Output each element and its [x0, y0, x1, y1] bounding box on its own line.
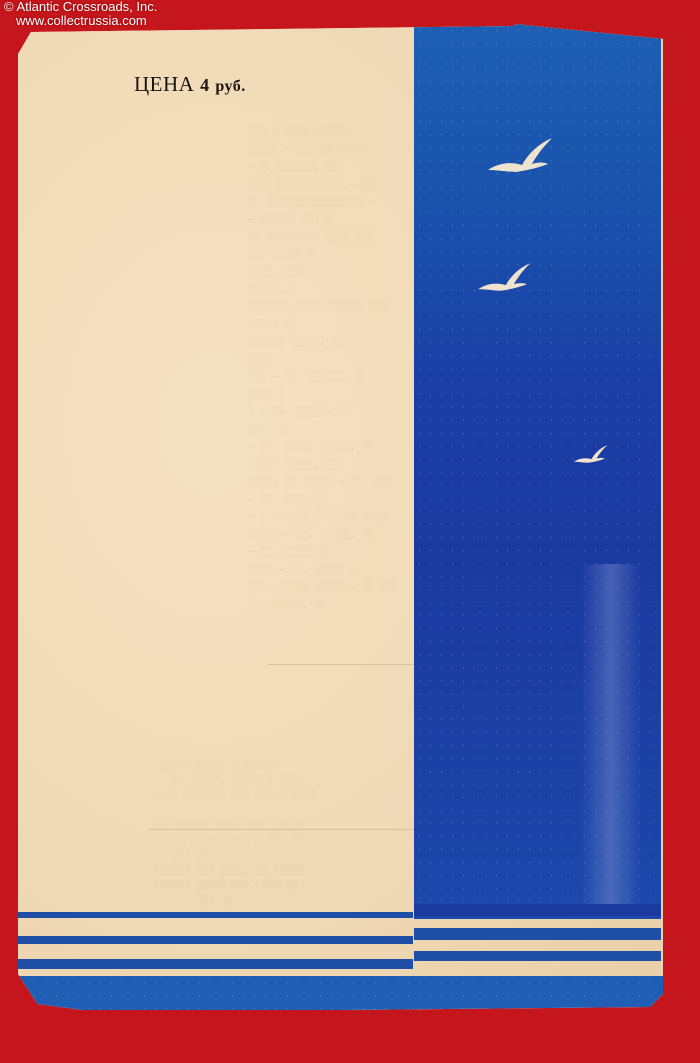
price-label: ЦЕНА 4 руб.: [134, 72, 246, 97]
stripe-right-2: [414, 951, 661, 961]
ink-speckle-bottom: [18, 976, 663, 1036]
booklet-back-cover: ЦЕНА 4 руб. ░░░ ░ ░░░░ ░░░░░░ ░░░░░ — ░░…: [18, 24, 663, 1024]
seagull-icon: [573, 442, 609, 466]
bleed-through-rule-2: [148, 829, 428, 830]
price-word: ЦЕНА: [134, 72, 194, 96]
watermark-url: www.collectrussia.com: [4, 14, 157, 28]
bottom-blue-band: [18, 976, 663, 1036]
stripe-left-3: [18, 959, 413, 969]
price-number: 4: [200, 75, 210, 95]
stripe-right-top: [414, 904, 661, 916]
watermark-copyright: © Atlantic Crossroads, Inc.: [4, 0, 157, 14]
bleed-through-text-bottom: ░░░░░ ░░░░░ ░ ░░░░░░ ░. ░░░░░, ░░░░░ ░ ░…: [148, 759, 428, 909]
stripe-left-1: [18, 912, 413, 918]
seagull-icon: [486, 134, 556, 176]
stripe-right-1: [414, 928, 661, 940]
watermark: © Atlantic Crossroads, Inc. www.collectr…: [4, 0, 157, 28]
seagull-icon: [476, 260, 534, 294]
right-paper-margin: [661, 24, 683, 1024]
bleed-through-text-top: ░░░ ░ ░░░░ ░░░░░░ ░░░░░ — ░░░ ░░ ░░░░░ —…: [248, 124, 428, 614]
bleed-through-rule: [268, 664, 428, 665]
price-currency: руб.: [215, 78, 245, 95]
stripe-left-2: [18, 936, 413, 944]
